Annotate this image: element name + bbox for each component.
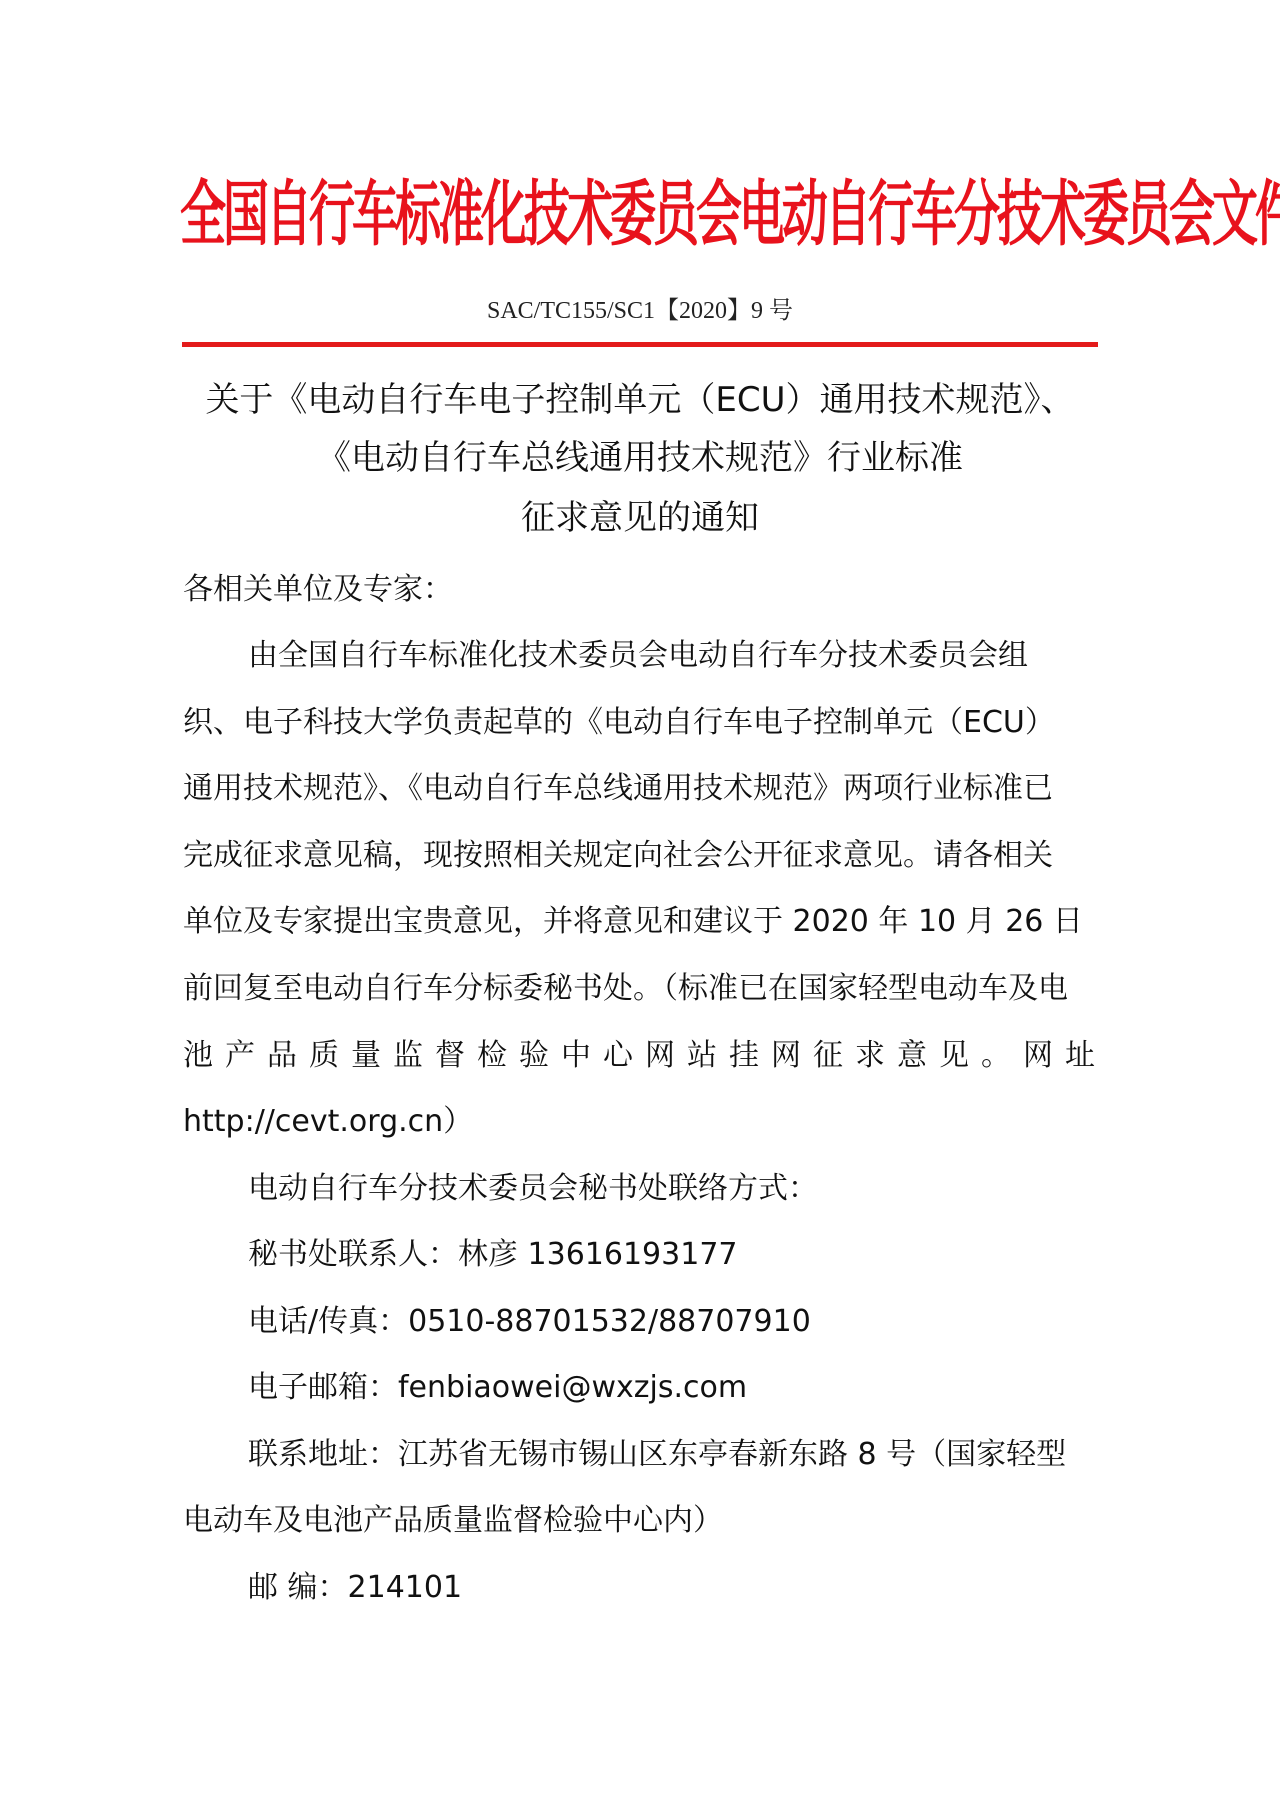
body-line-4: 完成征求意见稿，现按照相关规定向社会公开征求意见。请各相关 (183, 830, 1053, 874)
contact-address-line-2: 电动车及电池产品质量监督检验中心内） (183, 1495, 723, 1539)
contact-address-line-1: 联系地址：江苏省无锡市锡山区东亭春新东路 8 号（国家轻型 (248, 1429, 1066, 1473)
contact-person: 秘书处联系人：林彦 13616193177 (248, 1229, 738, 1273)
notice-title-line-1: 关于《电动自行车电子控制单元（ECU）通用技术规范》、 (0, 372, 1280, 421)
contact-phone-fax: 电话/传真：0510-88701532/88707910 (248, 1296, 811, 1340)
contact-heading: 电动自行车分技术委员会秘书处联络方式： (248, 1163, 818, 1207)
notice-title-line-2: 《电动自行车总线通用技术规范》行业标准 (0, 430, 1280, 479)
body-line-6: 前回复至电动自行车分标委秘书处。（标准已在国家轻型电动车及电 (183, 963, 1068, 1007)
body-line-5: 单位及专家提出宝贵意见，并将意见和建议于 2020 年 10 月 26 日 (183, 896, 1083, 940)
contact-postcode: 邮 编：214101 (248, 1562, 462, 1606)
header-red-rule (182, 342, 1098, 347)
document-header-title: 全国自行车标准化技术委员会电动自行车分技术委员会文件 (180, 178, 1100, 249)
salutation: 各相关单位及专家： (183, 564, 453, 608)
document-page: 全国自行车标准化技术委员会电动自行车分技术委员会文件 SAC/TC155/SC1… (0, 0, 1280, 1810)
document-number: SAC/TC155/SC1【2020】9 号 (0, 290, 1280, 325)
body-line-1: 由全国自行车标准化技术委员会电动自行车分技术委员会组 (248, 630, 1028, 674)
contact-email[interactable]: 电子邮箱：fenbiaowei@wxzjs.com (248, 1362, 747, 1406)
body-line-2: 织、电子科技大学负责起草的《电动自行车电子控制单元（ECU） (183, 697, 1055, 741)
notice-title-line-3: 征求意见的通知 (0, 490, 1280, 539)
website-link[interactable]: http://cevt.org.cn） (183, 1096, 473, 1140)
body-line-7: 池产品质量监督检验中心网站挂网征求意见。网址 (183, 1030, 1095, 1074)
body-line-3: 通用技术规范》、《电动自行车总线通用技术规范》两项行业标准已 (183, 763, 1053, 807)
